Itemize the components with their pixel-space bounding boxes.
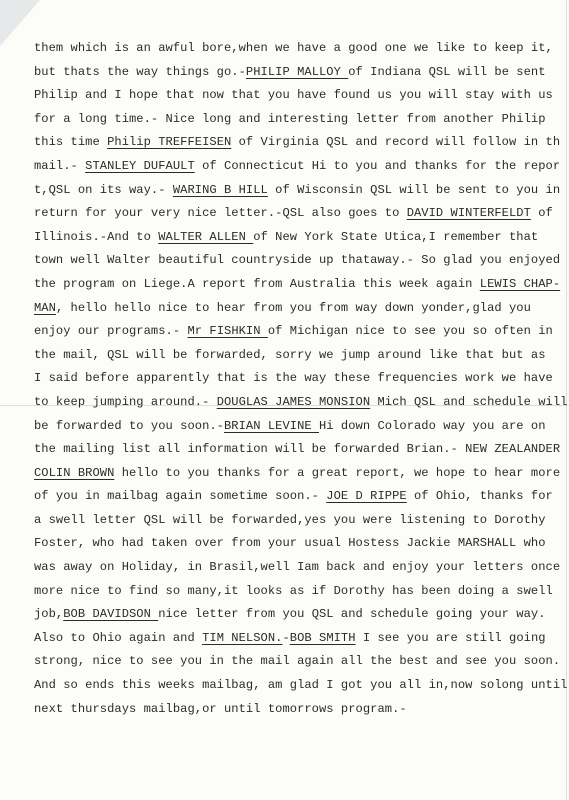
text-segment: Mich QSL and schedule will bbox=[370, 395, 567, 409]
text-segment: of Indiana QSL will be sent bbox=[348, 65, 545, 79]
text-line: be forwarded to you soon.-BRIAN LEVINE H… bbox=[34, 415, 569, 439]
text-segment: the mailing list all information will be… bbox=[34, 442, 560, 456]
underlined-name: TIM NELSON. bbox=[202, 631, 282, 645]
text-line: a swell letter QSL will be forwarded,yes… bbox=[34, 509, 569, 533]
text-segment: of Michigan nice to see you so often in bbox=[268, 324, 553, 338]
underlined-name: MAN bbox=[34, 301, 56, 315]
text-segment: of Wisconsin QSL will be sent to you in bbox=[268, 183, 560, 197]
text-line: the mailing list all information will be… bbox=[34, 438, 569, 462]
text-segment: of Virginia QSL and record will follow i… bbox=[231, 135, 560, 149]
text-line: mail.- STANLEY DUFAULT of Connecticut Hi… bbox=[34, 155, 569, 179]
text-segment: strong, nice to see you in the mail agai… bbox=[34, 654, 560, 668]
text-line: And so ends this weeks mailbag, am glad … bbox=[34, 674, 569, 698]
underlined-name: WARING B HILL bbox=[173, 183, 268, 197]
text-line: Foster, who had taken over from your usu… bbox=[34, 532, 569, 556]
text-line: Also to Ohio again and TIM NELSON.-BOB S… bbox=[34, 627, 569, 651]
text-segment: next thursdays mailbag,or until tomorrow… bbox=[34, 702, 407, 716]
text-segment: for a long time.- Nice long and interest… bbox=[34, 112, 546, 126]
text-segment: the mail, QSL will be forwarded, sorry w… bbox=[34, 348, 546, 362]
text-line: the mail, QSL will be forwarded, sorry w… bbox=[34, 344, 569, 368]
text-line: this time Philip TREFFEISEN of Virginia … bbox=[34, 131, 569, 155]
text-segment: to keep jumping around.- bbox=[34, 395, 217, 409]
text-segment: of bbox=[531, 206, 553, 220]
text-segment: I see you are still going bbox=[356, 631, 546, 645]
text-line: t,QSL on its way.- WARING B HILL of Wisc… bbox=[34, 179, 569, 203]
underlined-name: JOE D RIPPE bbox=[326, 489, 406, 503]
text-segment: Illinois.-And to bbox=[34, 230, 158, 244]
text-line: of you in mailbag again sometime soon.- … bbox=[34, 485, 569, 509]
text-segment: enjoy our programs.- bbox=[34, 324, 187, 338]
text-line: MAN, hello hello nice to hear from you f… bbox=[34, 297, 569, 321]
text-segment: be forwarded to you soon.- bbox=[34, 419, 224, 433]
underlined-name: COLIN BROWN bbox=[34, 466, 114, 480]
text-segment: the program on Liege.A report from Austr… bbox=[34, 277, 480, 291]
underlined-name: LEWIS CHAP- bbox=[480, 277, 560, 291]
text-segment: of Connecticut Hi to you and thanks for … bbox=[195, 159, 560, 173]
underlined-name: BOB SMITH bbox=[290, 631, 356, 645]
text-line: town well Walter beautiful countryside u… bbox=[34, 249, 569, 273]
underlined-name: Mr FISHKIN bbox=[187, 324, 267, 338]
text-line: job,BOB DAVIDSON nice letter from you QS… bbox=[34, 603, 569, 627]
text-segment: of Ohio, thanks for bbox=[407, 489, 553, 503]
text-segment: Philip and I hope that now that you have… bbox=[34, 88, 553, 102]
text-segment: t,QSL on its way.- bbox=[34, 183, 173, 197]
underlined-name: DOUGLAS JAMES MONSION bbox=[217, 395, 370, 409]
typewritten-page: them which is an awful bore,when we have… bbox=[0, 0, 569, 800]
text-line: for a long time.- Nice long and interest… bbox=[34, 108, 569, 132]
text-line: the program on Liege.A report from Austr… bbox=[34, 273, 569, 297]
text-line: to keep jumping around.- DOUGLAS JAMES M… bbox=[34, 391, 569, 415]
text-line: them which is an awful bore,when we have… bbox=[34, 37, 569, 61]
text-segment: this time bbox=[34, 135, 107, 149]
text-segment: Foster, who had taken over from your usu… bbox=[34, 536, 546, 550]
text-line: more nice to find so many,it looks as if… bbox=[34, 580, 569, 604]
text-line: strong, nice to see you in the mail agai… bbox=[34, 650, 569, 674]
underlined-name: BRIAN LEVINE bbox=[224, 419, 319, 433]
text-segment: of New York State Utica,I remember that bbox=[253, 230, 538, 244]
underlined-name: STANLEY DUFAULT bbox=[85, 159, 195, 173]
letter-body: them which is an awful bore,when we have… bbox=[34, 37, 569, 721]
text-segment: return for your very nice letter.-QSL al… bbox=[34, 206, 407, 220]
text-line: I said before apparently that is the way… bbox=[34, 367, 569, 391]
text-segment: And so ends this weeks mailbag, am glad … bbox=[34, 678, 567, 692]
text-segment: nice letter from you QSL and schedule go… bbox=[158, 607, 545, 621]
text-segment: job, bbox=[34, 607, 63, 621]
underlined-name: Philip TREFFEISEN bbox=[107, 135, 231, 149]
underlined-name: DAVID WINTERFELDT bbox=[407, 206, 531, 220]
text-line: Illinois.-And to WALTER ALLEN of New Yor… bbox=[34, 226, 569, 250]
text-segment: town well Walter beautiful countryside u… bbox=[34, 253, 560, 267]
text-line: enjoy our programs.- Mr FISHKIN of Michi… bbox=[34, 320, 569, 344]
text-segment: a swell letter QSL will be forwarded,yes… bbox=[34, 513, 546, 527]
underlined-name: BOB DAVIDSON bbox=[63, 607, 158, 621]
text-segment: of you in mailbag again sometime soon.- bbox=[34, 489, 326, 503]
text-line: return for your very nice letter.-QSL al… bbox=[34, 202, 569, 226]
text-segment: Also to Ohio again and bbox=[34, 631, 202, 645]
underlined-name: WALTER ALLEN bbox=[158, 230, 253, 244]
text-segment: - bbox=[282, 631, 289, 645]
text-line: but thats the way things go.-PHILIP MALL… bbox=[34, 61, 569, 85]
text-line: Philip and I hope that now that you have… bbox=[34, 84, 569, 108]
text-line: next thursdays mailbag,or until tomorrow… bbox=[34, 698, 569, 722]
text-segment: but thats the way things go.- bbox=[34, 65, 246, 79]
text-segment: mail.- bbox=[34, 159, 85, 173]
text-segment: hello to you thanks for a great report, … bbox=[114, 466, 560, 480]
text-segment: , hello hello nice to hear from you from… bbox=[56, 301, 531, 315]
underlined-name: PHILIP MALLOY bbox=[246, 65, 348, 79]
text-segment: more nice to find so many,it looks as if… bbox=[34, 584, 553, 598]
text-line: COLIN BROWN hello to you thanks for a gr… bbox=[34, 462, 569, 486]
text-segment: them which is an awful bore,when we have… bbox=[34, 41, 553, 55]
text-segment: was away on Holiday, in Brasil,well Iam … bbox=[34, 560, 560, 574]
text-segment: I said before apparently that is the way… bbox=[34, 371, 553, 385]
text-line: was away on Holiday, in Brasil,well Iam … bbox=[34, 556, 569, 580]
text-segment: Hi down Colorado way you are on bbox=[319, 419, 546, 433]
